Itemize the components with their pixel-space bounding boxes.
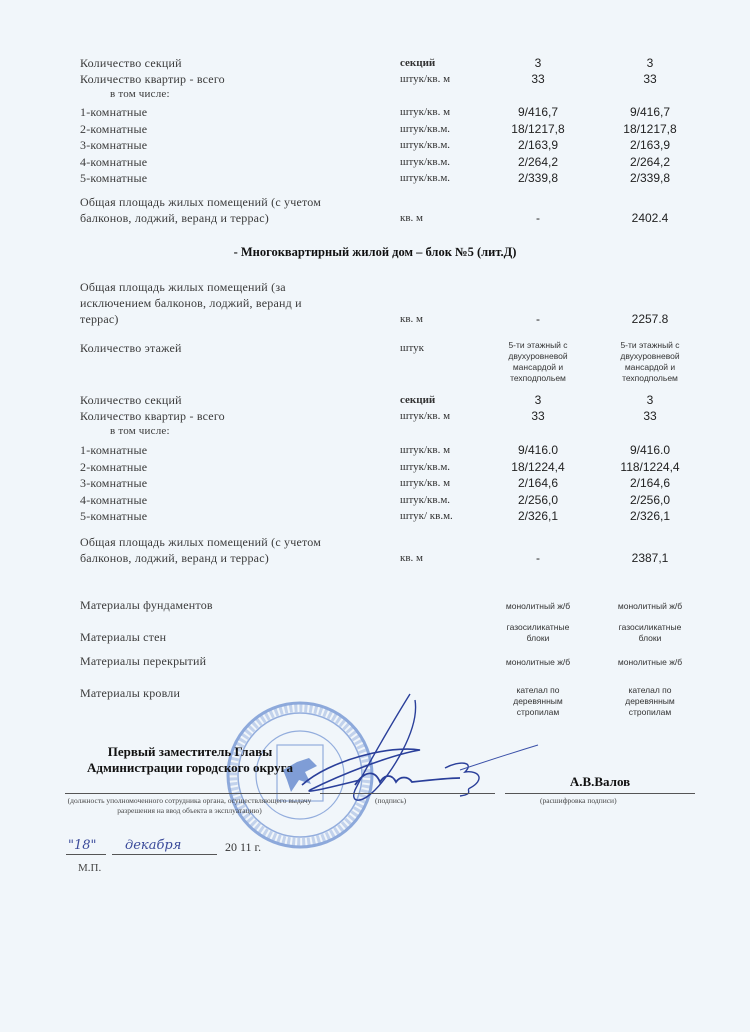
- date-day: "18": [68, 838, 97, 853]
- block4_tail-room-5-label: 5-комнатные: [80, 171, 147, 186]
- materials-floors-v1: монолитные ж/б: [488, 657, 588, 668]
- materials-roof-label: Материалы кровли: [80, 686, 180, 701]
- block4_tail-room-4-unit: штук/кв.м.: [400, 156, 450, 168]
- name-caption: (расшифровка подписи): [540, 796, 617, 805]
- b5-area-without-label-1: Общая площадь жилых помещений (за: [80, 280, 286, 295]
- total-area-with-unit: кв. м: [400, 212, 423, 224]
- b5-apartments-total-label: Количество квартир - всего: [80, 409, 225, 424]
- block4_tail-room-3-unit: штук/кв.м.: [400, 139, 450, 151]
- block4_tail-room-2-unit: штук/кв.м.: [400, 123, 450, 135]
- block4_tail-room-2-v1: 18/1217,8: [488, 122, 588, 136]
- b5-floors-label: Количество этажей: [80, 341, 182, 356]
- block5-room-5-unit: штук/ кв.м.: [400, 510, 453, 522]
- sections-v2: 3: [600, 56, 700, 70]
- materials-floors-label: Материалы перекрытий: [80, 654, 206, 669]
- apartments-total-unit: штук/кв. м: [400, 73, 450, 85]
- block5-room-4-v2: 2/256,0: [600, 493, 700, 507]
- block5-room-5-v2: 2/326,1: [600, 509, 700, 523]
- b5-area-without-label-3: террас): [80, 312, 119, 327]
- including-label: в том числе:: [110, 88, 170, 100]
- b5-sections-label: Количество секций: [80, 393, 182, 408]
- apartments-total-v2: 33: [600, 72, 700, 86]
- block4_tail-room-1-v1: 9/416,7: [488, 105, 588, 119]
- block5-room-4-unit: штук/кв.м.: [400, 494, 450, 506]
- b5-area-without-unit: кв. м: [400, 313, 423, 325]
- block5-room-3-unit: штук/кв. м: [400, 477, 450, 489]
- official-position: Первый заместитель Главы Администрации г…: [60, 744, 320, 776]
- b5-area-without-v2: 2257.8: [600, 312, 700, 326]
- block5-heading: - Многоквартирный жилой дом – блок №5 (л…: [0, 245, 750, 260]
- materials-floors-v2: монолитные ж/б: [600, 657, 700, 668]
- block5-room-4-v1: 2/256,0: [488, 493, 588, 507]
- block4_tail-room-3-v1: 2/163,9: [488, 138, 588, 152]
- block5-room-5-label: 5-комнатные: [80, 509, 147, 524]
- b5-total-area-with-v1: -: [488, 551, 588, 565]
- b5-apartments-total-v1: 33: [488, 409, 588, 423]
- materials-foundation-label: Материалы фундаментов: [80, 598, 213, 613]
- block5-room-1-label: 1-комнатные: [80, 443, 147, 458]
- position-caption: (должность уполномоченного сотрудника ор…: [62, 796, 317, 816]
- b5-apartments-total-v2: 33: [600, 409, 700, 423]
- apartments-total-label: Количество квартир - всего: [80, 72, 225, 87]
- block4_tail-room-1-label: 1-комнатные: [80, 105, 147, 120]
- date-year: 20 11 г.: [225, 840, 261, 855]
- sections-unit: секций: [400, 57, 435, 69]
- b5-total-area-with-unit: кв. м: [400, 552, 423, 564]
- signer-name: А.В.Валов: [505, 774, 695, 790]
- block5-room-1-unit: штук/кв. м: [400, 444, 450, 456]
- block5-room-3-v2: 2/164,6: [600, 476, 700, 490]
- b5-total-area-with-v2: 2387,1: [600, 551, 700, 565]
- b5-floors-v1: 5-ти этажный с двухуровневой мансардой и…: [488, 340, 588, 384]
- block4_tail-room-4-v2: 2/264,2: [600, 155, 700, 169]
- b5-area-without-label-2: исключением балконов, лоджий, веранд и: [80, 296, 302, 311]
- total-area-with-v1: -: [488, 211, 588, 225]
- b5-total-area-with-label-1: Общая площадь жилых помещений (с учетом: [80, 535, 321, 550]
- block5-room-2-unit: штук/кв.м.: [400, 461, 450, 473]
- date-month: декабря: [125, 838, 181, 853]
- apartments-total-v1: 33: [488, 72, 588, 86]
- block4_tail-room-4-v1: 2/264,2: [488, 155, 588, 169]
- total-area-with-v2: 2402.4: [600, 211, 700, 225]
- block5-room-1-v1: 9/416.0: [488, 443, 588, 457]
- materials-walls-label: Материалы стен: [80, 630, 166, 645]
- block4_tail-room-4-label: 4-комнатные: [80, 155, 147, 170]
- b5-sections-v1: 3: [488, 393, 588, 407]
- materials-walls-v2: газосиликатные блоки: [610, 622, 690, 644]
- block4_tail-room-5-v2: 2/339,8: [600, 171, 700, 185]
- sections-label: Количество секций: [80, 56, 182, 71]
- b5-area-without-v1: -: [488, 312, 588, 326]
- materials-roof-v2: кателал по деревянным стропилам: [615, 685, 685, 718]
- materials-foundation-v2: монолитный ж/б: [600, 601, 700, 612]
- block4_tail-room-2-v2: 18/1217,8: [600, 122, 700, 136]
- b5-sections-unit: секций: [400, 394, 435, 406]
- block4_tail-room-5-v1: 2/339,8: [488, 171, 588, 185]
- b5-total-area-with-label-2: балконов, лоджий, веранд и террас): [80, 551, 269, 566]
- block4_tail-room-3-v2: 2/163,9: [600, 138, 700, 152]
- total-area-with-label-2: балконов, лоджий, веранд и террас): [80, 211, 269, 226]
- total-area-with-label-1: Общая площадь жилых помещений (с учетом: [80, 195, 321, 210]
- materials-foundation-v1: монолитный ж/б: [488, 601, 588, 612]
- b5-sections-v2: 3: [600, 393, 700, 407]
- b5-floors-v2: 5-ти этажный с двухуровневой мансардой и…: [600, 340, 700, 384]
- b5-including-label: в том числе:: [110, 425, 170, 437]
- sections-v1: 3: [488, 56, 588, 70]
- signature-caption: (подпись): [375, 796, 406, 805]
- block5-room-5-v1: 2/326,1: [488, 509, 588, 523]
- block4_tail-room-5-unit: штук/кв.м.: [400, 172, 450, 184]
- block5-room-3-label: 3-комнатные: [80, 476, 147, 491]
- block5-room-2-label: 2-комнатные: [80, 460, 147, 475]
- block5-room-2-v1: 18/1224,4: [488, 460, 588, 474]
- block4_tail-room-1-unit: штук/кв. м: [400, 106, 450, 118]
- materials-walls-v1: газосиликатные блоки: [498, 622, 578, 644]
- block4_tail-room-1-v2: 9/416,7: [600, 105, 700, 119]
- block4_tail-room-2-label: 2-комнатные: [80, 122, 147, 137]
- handwritten-signature-icon: [300, 690, 540, 820]
- b5-apartments-total-unit: штук/кв. м: [400, 410, 450, 422]
- block5-room-3-v1: 2/164,6: [488, 476, 588, 490]
- block5-room-4-label: 4-комнатные: [80, 493, 147, 508]
- block5-room-2-v2: 118/1224,4: [600, 460, 700, 474]
- b5-floors-unit: штук: [400, 342, 424, 354]
- seal-place-label: М.П.: [78, 862, 101, 874]
- block4_tail-room-3-label: 3-комнатные: [80, 138, 147, 153]
- block5-room-1-v2: 9/416.0: [600, 443, 700, 457]
